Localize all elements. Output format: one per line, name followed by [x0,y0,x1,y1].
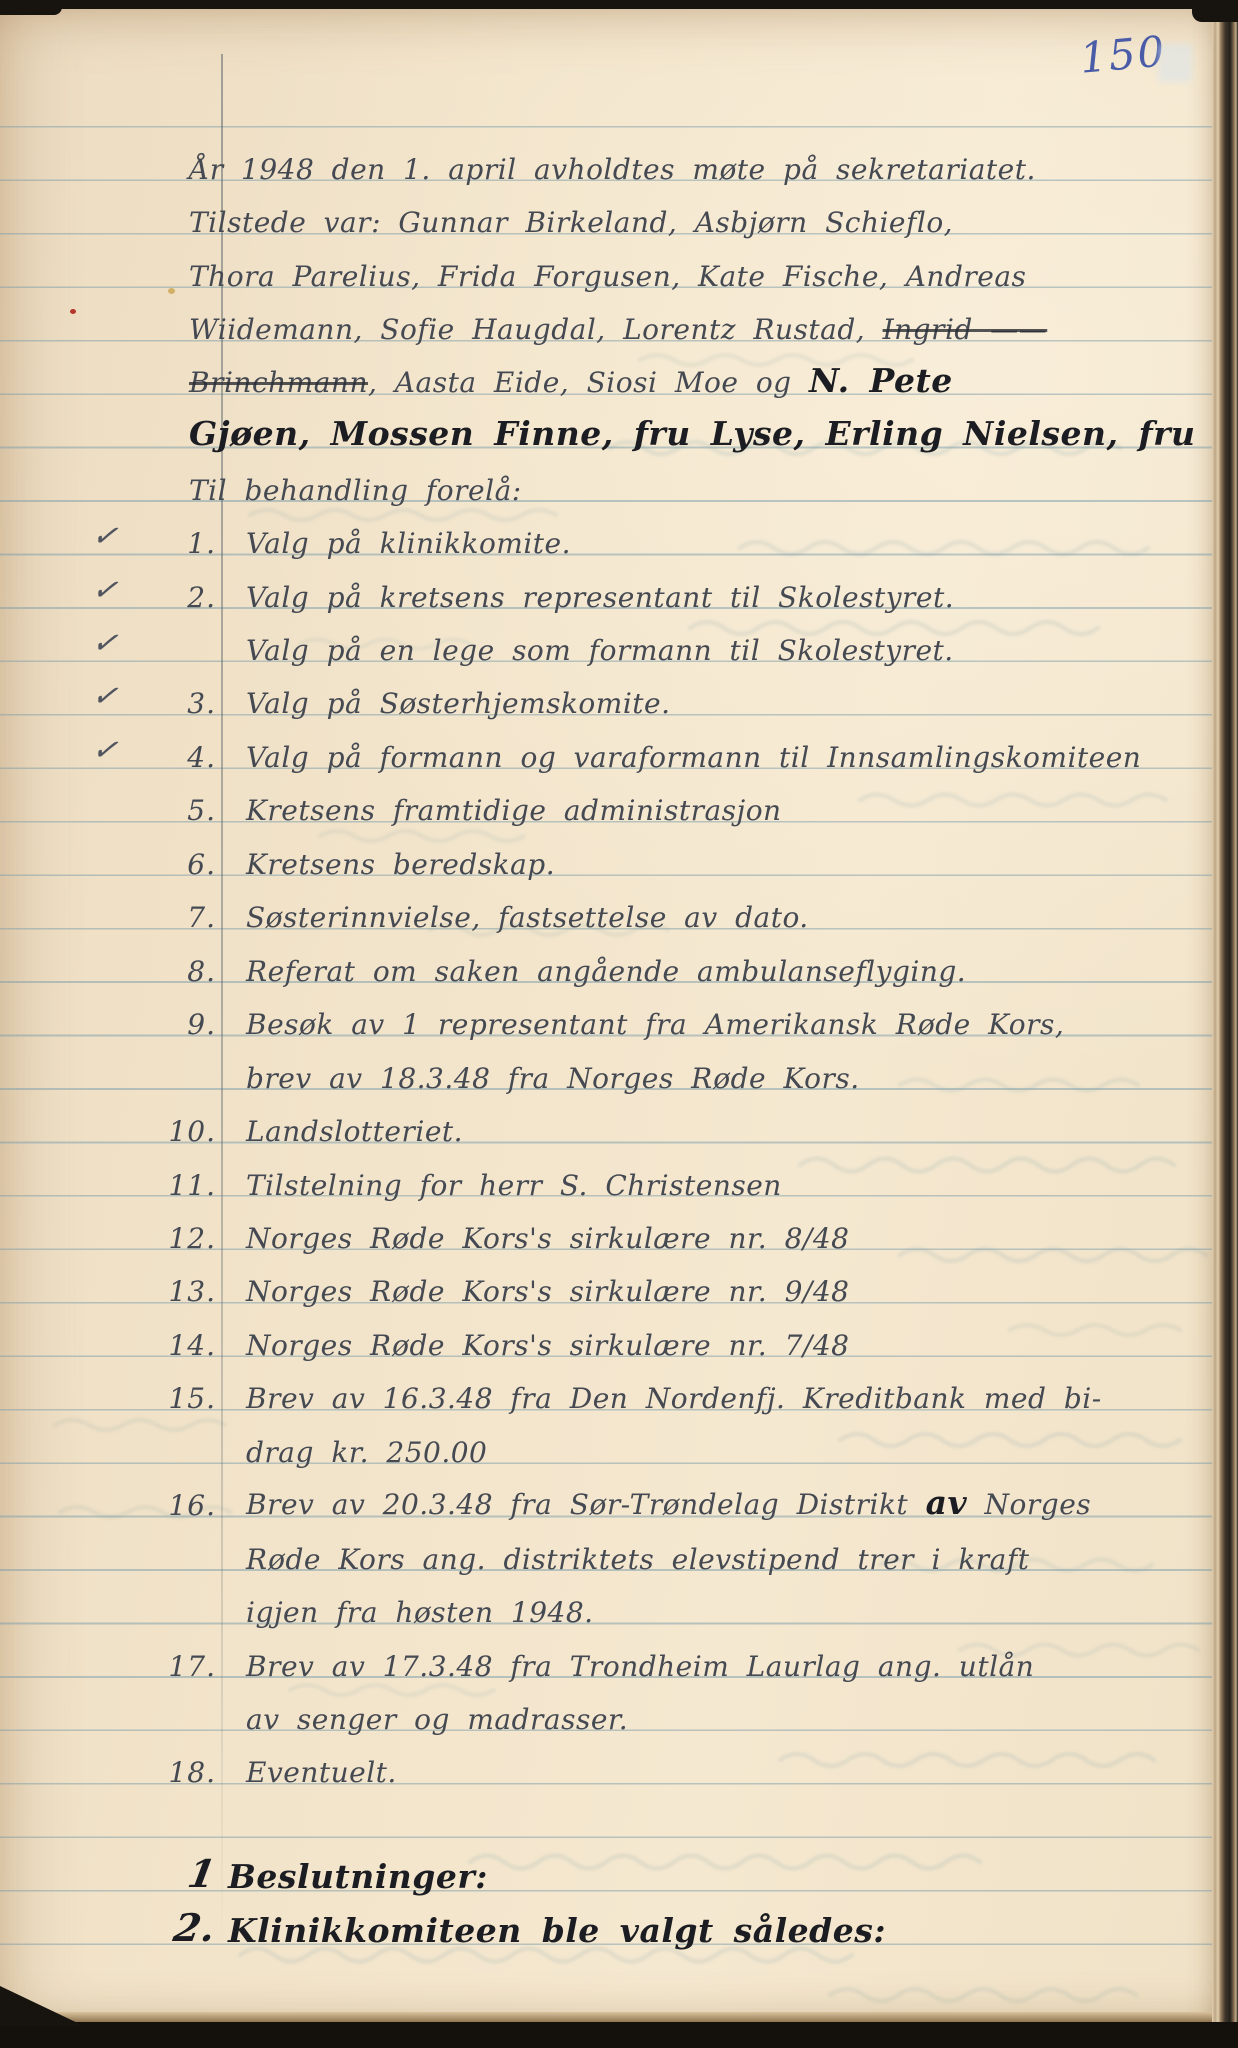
manuscript-line: av senger og madrasser. [0,1684,1238,1736]
manuscript-line: Wiidemann, Sofie Haugdal, Lorentz Rustad… [0,294,1238,346]
manuscript-line: Gjøen, Mossen Finne, fru Lyse, Erling Ni… [0,401,1238,453]
text-segment: Eventuelt. [246,1756,397,1789]
text-segment: N. Pete [809,361,953,400]
line-text: Tilstede var: Gunnar Birkeland, Asbjørn … [189,206,953,239]
paper-bottom-edge [0,2012,1212,2022]
manuscript-line: 6.Kretsens beredskap. [0,829,1238,881]
manuscript-line: 17.Brev av 17.3.48 fra Trondheim Laurlag… [0,1631,1238,1683]
item-number: 11. [150,1169,216,1202]
line-text: Norges Røde Kors's sirkulære nr. 8/48 [246,1222,849,1255]
manuscript: År 1948 den 1. april avholdtes møte på s… [0,0,1238,2048]
item-number: 7. [150,901,216,934]
text-segment: År 1948 den 1. april avholdtes møte på s… [189,153,1036,186]
item-number: 4. [150,741,216,774]
manuscript-line: 13.Norges Røde Kors's sirkulære nr. 9/48 [0,1256,1238,1308]
line-text: Valg på klinikkomite. [246,527,571,560]
checkmark-icon: ✓ [90,570,120,609]
line-text: Brev av 17.3.48 fra Trondheim Laurlag an… [246,1650,1034,1683]
item-number: 1 [146,1851,220,1896]
checkmark-icon: ✓ [90,517,120,556]
item-number: 12. [150,1222,216,1255]
manuscript-line: 16.Brev av 20.3.48 fra Sør-Trøndelag Dis… [0,1470,1238,1522]
manuscript-line: brev av 18.3.48 fra Norges Røde Kors. [0,1043,1238,1095]
item-number: 16. [150,1489,216,1522]
text-segment: Kretsens beredskap. [246,848,555,881]
line-text: Klinikkomiteen ble valgt således: [228,1911,886,1950]
manuscript-line: ✓4.Valg på formann og varaformann til In… [0,722,1238,774]
line-text: Til behandling forelå: [189,474,522,507]
manuscript-line: 10.Landslotteriet. [0,1096,1238,1148]
manuscript-line: 5.Kretsens framtidige administrasjon [0,775,1238,827]
line-text: Beslutninger: [228,1857,488,1896]
line-text: Gjøen, Mossen Finne, fru Lyse, Erling Ni… [189,414,1238,453]
manuscript-line: 7.Søsterinnvielse, fastsettelse av dato. [0,882,1238,934]
line-text: Eventuelt. [246,1756,397,1789]
backdrop-bottom-left-corner [0,1986,84,2026]
line-text: År 1948 den 1. april avholdtes møte på s… [189,153,1036,186]
item-number: 2. [150,581,216,614]
scanned-minutes-photo: 150 År 1948 den 1. april avholdtes møte … [0,0,1238,2048]
item-number: 15. [150,1382,216,1415]
line-text: Valg på formann og varaformann til Innsa… [246,741,1141,774]
text-segment: , Aasta Eide, Siosi Moe og [368,366,809,399]
manuscript-line: ✓3.Valg på Søsterhjemskomite. [0,668,1238,720]
checkmark-icon: ✓ [90,677,120,716]
manuscript-line: 14.Norges Røde Kors's sirkulære nr. 7/48 [0,1310,1238,1362]
line-text: Tilstelning for herr S. Christensen [246,1169,782,1202]
manuscript-line: Brinchmann, Aasta Eide, Siosi Moe og N. … [0,348,1238,400]
manuscript-line: Til behandling forelå: [0,455,1238,507]
text-segment: av senger og madrasser. [246,1703,628,1736]
manuscript-line: igjen fra høsten 1948. [0,1577,1238,1629]
item-number: 3. [150,687,216,720]
text-segment: Valg på klinikkomite. [246,527,571,560]
item-number: 13. [150,1275,216,1308]
backdrop-top-left-corner [0,0,62,15]
line-text: Valg på en lege som formann til Skolesty… [246,634,954,667]
backdrop-top-right-corner [1192,0,1238,22]
manuscript-line: 1Beslutninger: [0,1844,1238,1896]
item-number: 17. [150,1650,216,1683]
text-segment: Valg på formann og varaformann til Innsa… [246,741,1141,774]
text-segment: Norges Røde Kors's sirkulære nr. 9/48 [246,1275,849,1308]
manuscript-line: År 1948 den 1. april avholdtes møte på s… [0,134,1238,186]
manuscript-line: Thora Parelius, Frida Forgusen, Kate Fis… [0,241,1238,293]
text-segment: Besøk av 1 representant fra Amerikansk R… [246,1008,1064,1041]
manuscript-line: 8.Referat om saken angående ambulansefly… [0,936,1238,988]
manuscript-line: 11.Tilstelning for herr S. Christensen [0,1150,1238,1202]
text-segment: av [926,1483,968,1522]
line-text: Brev av 16.3.48 fra Den Nordenfj. Kredit… [246,1382,1102,1415]
line-text: Thora Parelius, Frida Forgusen, Kate Fis… [189,260,1026,293]
struck-text: Ingrid —— [883,313,1048,346]
text-segment: Landslotteriet. [246,1115,463,1148]
text-segment: Valg på en lege som formann til Skolesty… [246,634,954,667]
text-segment: Kretsens framtidige administrasjon [246,794,782,827]
manuscript-line: ✓1.Valg på klinikkomite. [0,508,1238,560]
text-segment: igjen fra høsten 1948. [246,1596,594,1629]
line-text: Besøk av 1 representant fra Amerikansk R… [246,1008,1064,1041]
line-text: Kretsens beredskap. [246,848,555,881]
manuscript-line: 18.Eventuelt. [0,1737,1238,1789]
line-text: Valg på Søsterhjemskomite. [246,687,671,720]
backdrop-bottom [0,2022,1238,2048]
text-segment: drag kr. 250.00 [246,1436,487,1469]
manuscript-line: ✓2.Valg på kretsens representant til Sko… [0,562,1238,614]
line-text: Søsterinnvielse, fastsettelse av dato. [246,901,809,934]
manuscript-line: drag kr. 250.00 [0,1417,1238,1469]
checkmark-icon: ✓ [90,624,120,663]
item-number: 5. [150,794,216,827]
text-segment: Brev av 16.3.48 fra Den Nordenfj. Kredit… [246,1382,1102,1415]
text-segment: Beslutninger: [228,1857,488,1896]
text-segment: Norges Røde Kors's sirkulære nr. 8/48 [246,1222,849,1255]
manuscript-line: 12.Norges Røde Kors's sirkulære nr. 8/48 [0,1203,1238,1255]
text-segment: Tilstede var: Gunnar Birkeland, Asbjørn … [189,206,953,239]
item-number: 9. [150,1008,216,1041]
item-number: 18. [150,1756,216,1789]
struck-text: Brinchmann [189,366,368,399]
line-text: Røde Kors ang. distriktets elevstipend t… [246,1543,1029,1576]
item-number: 8. [150,955,216,988]
line-text: av senger og madrasser. [246,1703,628,1736]
text-segment: Wiidemann, Sofie Haugdal, Lorentz Rustad… [189,313,883,346]
text-segment: Til behandling forelå: [189,474,522,507]
text-segment: Valg på Søsterhjemskomite. [246,687,671,720]
line-text: brev av 18.3.48 fra Norges Røde Kors. [246,1062,860,1095]
item-number: 10. [150,1115,216,1148]
text-segment: Brev av 17.3.48 fra Trondheim Laurlag an… [246,1650,1034,1683]
line-text: Kretsens framtidige administrasjon [246,794,782,827]
item-number: 2. [146,1905,220,1950]
text-segment: Tilstelning for herr S. Christensen [246,1169,782,1202]
text-segment: Norges Røde Kors's sirkulære nr. 7/48 [246,1329,849,1362]
manuscript-line: 9.Besøk av 1 representant fra Amerikansk… [0,989,1238,1041]
text-segment: Brev av 20.3.48 fra Sør-Trøndelag Distri… [246,1488,926,1521]
line-text: Norges Røde Kors's sirkulære nr. 9/48 [246,1275,849,1308]
manuscript-line: Røde Kors ang. distriktets elevstipend t… [0,1524,1238,1576]
backdrop-top [0,0,1238,9]
checkmark-icon: ✓ [90,731,120,770]
text-segment: brev av 18.3.48 fra Norges Røde Kors. [246,1062,860,1095]
item-number: 14. [150,1329,216,1362]
text-segment: Norges [967,1488,1091,1521]
text-segment: Valg på kretsens representant til Skoles… [246,581,954,614]
manuscript-line: Tilstede var: Gunnar Birkeland, Asbjørn … [0,187,1238,239]
text-segment: Referat om saken angående ambulanseflygi… [246,955,966,988]
manuscript-line: ✓Valg på en lege som formann til Skolest… [0,615,1238,667]
line-text: Brev av 20.3.48 fra Sør-Trøndelag Distri… [246,1483,1091,1522]
line-text: Norges Røde Kors's sirkulære nr. 7/48 [246,1329,849,1362]
text-segment: Røde Kors ang. distriktets elevstipend t… [246,1543,1029,1576]
line-text: Referat om saken angående ambulanseflygi… [246,955,966,988]
line-text: igjen fra høsten 1948. [246,1596,594,1629]
item-number: 1. [150,527,216,560]
text-segment: Gjøen, Mossen Finne, fru Lyse, Erling Ni… [189,414,1238,453]
line-text: Wiidemann, Sofie Haugdal, Lorentz Rustad… [189,313,1047,346]
manuscript-line: 2.Klinikkomiteen ble valgt således: [0,1898,1238,1950]
text-segment: Thora Parelius, Frida Forgusen, Kate Fis… [189,260,1026,293]
text-segment: Klinikkomiteen ble valgt således: [228,1911,886,1950]
line-text: Landslotteriet. [246,1115,463,1148]
line-text: Brinchmann, Aasta Eide, Siosi Moe og N. … [189,361,953,400]
line-text: Valg på kretsens representant til Skoles… [246,581,954,614]
manuscript-line: 15.Brev av 16.3.48 fra Den Nordenfj. Kre… [0,1363,1238,1415]
text-segment: Søsterinnvielse, fastsettelse av dato. [246,901,809,934]
book-page-edges [1212,0,1238,2048]
item-number: 6. [150,848,216,881]
line-text: drag kr. 250.00 [246,1436,487,1469]
